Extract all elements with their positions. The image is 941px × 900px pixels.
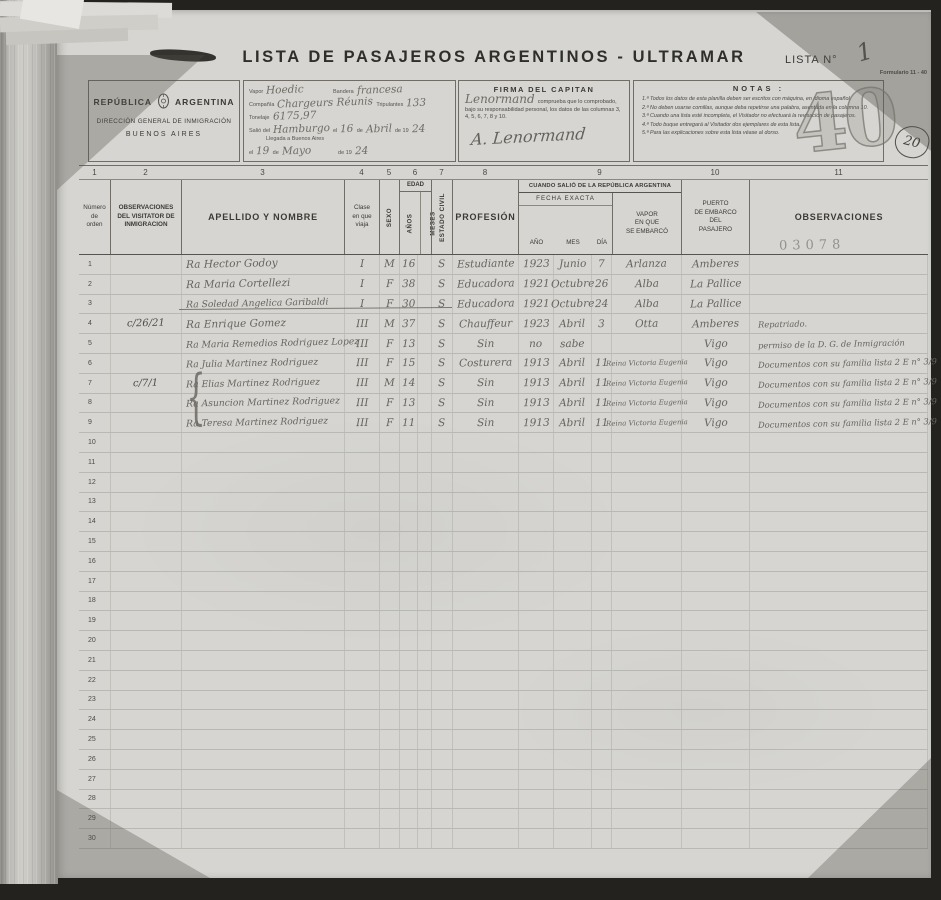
cell-vapor [611,552,681,571]
cell-edad-anios: 11 [399,413,417,432]
cell-edad-anios [399,671,417,690]
cell-anio: 1921 [518,295,553,314]
cell-mes [553,691,591,710]
cell-name: Ra Soledad Angelica Garibaldi [181,295,344,314]
cell-clase [344,512,379,531]
cell-edad-anios [399,592,417,611]
agency-direction: DIRECCIÓN GENERAL DE INMIGRACIÓN [89,118,239,125]
cell-edad-meses [417,532,431,551]
header-cuando-salio: CUANDO SALIÓ DE LA REPÚBLICA ARGENTINA F… [518,180,681,254]
cell-clase [344,473,379,492]
header-clase: Clase en que viaja [344,180,379,254]
cell-profesion [452,750,518,769]
cell-visitator-obs [110,413,181,432]
cell-anio [518,829,553,848]
cell-profesion [452,790,518,809]
cell-edad-meses [417,433,431,452]
cell-estado-civil: S [431,255,452,274]
cell-mes [553,710,591,729]
cell-clase [344,552,379,571]
cell-observaciones [749,809,928,828]
cell-profesion [452,651,518,670]
cell-edad-meses [417,473,431,492]
cell-dia [591,473,611,492]
cell-sexo [379,710,399,729]
cell-clase [344,572,379,591]
cell-visitator-obs [110,433,181,452]
cell-estado-civil: S [431,275,452,294]
llegada-mes: Mayo [282,144,312,157]
header-apellido-nombre: APELLIDO Y NOMBRE [181,180,344,254]
cell-profesion [452,512,518,531]
cell-sexo [379,809,399,828]
cell-mes: Abril [553,314,591,333]
cell-visitator-obs [110,611,181,630]
cell-edad-meses [417,750,431,769]
cell-sexo [379,651,399,670]
cell-profesion [452,453,518,472]
cell-clase [344,809,379,828]
cell-anio [518,453,553,472]
cell-dia [591,730,611,749]
cell-clase [344,433,379,452]
cell-puerto [681,631,749,650]
cell-edad-anios [399,552,417,571]
table-row: 8 Ra Asuncion Martinez Rodriguez III F 1… [79,394,928,414]
cell-observaciones: permiso de la D. G. de Inmigración [749,334,928,353]
cell-row-number: 9 [79,413,110,432]
passenger-list-sheet: LISTA DE PASAJEROS ARGENTINOS - ULTRAMAR… [57,10,931,878]
cell-sexo [379,572,399,591]
cell-profesion [452,552,518,571]
cell-puerto: Amberes [681,255,749,274]
salio-label: Salió del [249,128,270,134]
cell-vapor [611,532,681,551]
cell-vapor: Reina Victoria Eugenia [611,374,681,393]
cell-edad-meses [417,453,431,472]
cell-name [181,770,344,789]
cell-edad-meses [417,691,431,710]
cell-vapor [611,453,681,472]
col-number: 1 [79,166,110,179]
cell-visitator-obs [110,790,181,809]
cell-estado-civil [431,691,452,710]
cell-edad-meses [417,512,431,531]
cell-name [181,829,344,848]
cell-observaciones [749,651,928,670]
cell-estado-civil [431,829,452,848]
cell-puerto [681,730,749,749]
cell-profesion [452,730,518,749]
cell-puerto [681,493,749,512]
argentina-coat-of-arms-icon [157,93,170,111]
cell-dia: 7 [591,255,611,274]
cell-mes [553,829,591,848]
cell-puerto [681,433,749,452]
table-row: 2 Ra Maria Cortellezi I F 38 S Educadora… [79,275,928,295]
agency-republica: REPÚBLICA [93,97,152,107]
cell-visitator-obs [110,730,181,749]
tonelaje-label: Tonelaje [249,115,270,121]
col-number: 7 [431,166,452,179]
table-row: 24 [79,710,928,730]
cell-profesion: Educadora [452,275,518,294]
cell-vapor [611,710,681,729]
cell-edad-anios [399,532,417,551]
header-vapor-embarco: VAPOR EN QUE SE EMBARCÓ [612,193,681,254]
cell-row-number: 5 [79,334,110,353]
cell-dia [591,453,611,472]
cell-edad-meses [417,651,431,670]
cell-edad-meses [417,552,431,571]
cell-estado-civil [431,631,452,650]
cell-observaciones [749,512,928,531]
cell-name [181,552,344,571]
cell-name [181,611,344,630]
cell-mes [553,671,591,690]
cell-sexo [379,473,399,492]
cell-visitator-obs [110,572,181,591]
cell-sexo [379,790,399,809]
cell-anio [518,651,553,670]
cell-name [181,691,344,710]
cell-observaciones [749,730,928,749]
cell-estado-civil [431,809,452,828]
cell-profesion [452,710,518,729]
cell-row-number: 11 [79,453,110,472]
cell-anio: 1923 [518,314,553,333]
cell-vapor: Reina Victoria Eugenia [611,354,681,373]
cell-vapor [611,572,681,591]
cell-mes [553,651,591,670]
cell-row-number: 22 [79,671,110,690]
cell-anio [518,473,553,492]
cell-vapor [611,631,681,650]
cell-profesion: Estudiante [452,255,518,274]
cell-clase [344,671,379,690]
cell-anio [518,592,553,611]
cell-visitator-obs [110,592,181,611]
cell-edad-meses [417,334,431,353]
cell-profesion [452,809,518,828]
cell-mes: Abril [553,374,591,393]
cell-sexo [379,770,399,789]
header-edad: EDAD AÑOS MESES [399,180,431,254]
cell-sexo [379,592,399,611]
book-binding-edge [0,0,58,884]
cell-name [181,671,344,690]
cell-edad-meses [417,710,431,729]
cell-visitator-obs [110,631,181,650]
cell-mes [553,592,591,611]
cell-dia [591,592,611,611]
cell-puerto [681,552,749,571]
cell-vapor [611,809,681,828]
cell-profesion [452,532,518,551]
cell-visitator-obs [110,473,181,492]
table-row: 7 c/7/1 Ra Elias Martinez Rodriguez III … [79,374,928,394]
cell-dia [591,334,611,353]
cell-sexo [379,493,399,512]
cell-profesion [452,671,518,690]
cell-edad-meses [417,255,431,274]
cell-edad-meses [417,770,431,789]
cell-edad-anios: 13 [399,334,417,353]
cell-mes: Octubre [553,295,591,314]
vapor-label: Vapor [249,89,263,95]
cell-vapor [611,829,681,848]
cell-observaciones [749,592,928,611]
cell-name [181,809,344,828]
cell-name [181,473,344,492]
cell-vapor: Arlanza [611,255,681,274]
cell-visitator-obs [110,453,181,472]
cell-observaciones [749,255,928,274]
cell-edad-anios: 16 [399,255,417,274]
header-sexo: SEXO [379,180,399,254]
cell-anio [518,512,553,531]
cell-anio [518,631,553,650]
cell-observaciones [749,295,928,314]
cell-row-number: 4 [79,314,110,333]
cell-edad-anios [399,473,417,492]
cell-vapor [611,334,681,353]
cell-anio [518,433,553,452]
cell-observaciones [749,710,928,729]
cell-observaciones [749,552,928,571]
cell-anio [518,493,553,512]
table-row: 26 [79,750,928,770]
cell-row-number: 6 [79,354,110,373]
cell-vapor [611,611,681,630]
table-row: 28 [79,790,928,810]
cell-dia [591,651,611,670]
cell-dia [591,790,611,809]
captain-signature-box: FIRMA DEL CAPITAN Lenormandcomprueba que… [458,80,630,162]
cell-edad-anios [399,750,417,769]
cell-edad-meses [417,790,431,809]
cell-sexo [379,750,399,769]
cell-edad-meses [417,275,431,294]
table-row: 22 [79,671,928,691]
cell-name: Ra Maria Cortellezi [181,275,344,294]
cell-edad-anios [399,651,417,670]
cell-edad-anios [399,691,417,710]
cell-profesion [452,631,518,650]
cell-name [181,710,344,729]
cell-estado-civil: S [431,374,452,393]
cell-observaciones: Repatriado. [749,314,928,333]
agency-city: BUENOS AIRES [89,131,239,138]
cell-puerto [681,710,749,729]
cell-visitator-obs [110,394,181,413]
cell-sexo [379,532,399,551]
cell-visitator-obs [110,334,181,353]
cell-dia [591,552,611,571]
cell-row-number: 21 [79,651,110,670]
cell-sexo [379,433,399,452]
cell-anio: 1913 [518,354,553,373]
cell-row-number: 15 [79,532,110,551]
cell-anio [518,790,553,809]
cell-vapor: Alba [611,295,681,314]
cell-clase [344,730,379,749]
tonelaje-value: 6175,97 [272,109,316,123]
cell-estado-civil [431,592,452,611]
cell-estado-civil [431,651,452,670]
cell-mes [553,572,591,591]
cell-mes [553,473,591,492]
cell-visitator-obs [110,829,181,848]
cell-anio [518,671,553,690]
cell-observaciones: Documentos con su familia lista 2 E n° 3… [749,354,928,373]
cell-name: Ra Maria Remedios Rodriguez Lopez [181,334,344,353]
cell-name [181,532,344,551]
cell-profesion: Sin [452,394,518,413]
cell-observaciones [749,750,928,769]
table-row: 21 [79,651,928,671]
cell-puerto [681,790,749,809]
cell-clase: III [344,374,379,393]
cell-mes [553,770,591,789]
cell-sexo: F [379,394,399,413]
cell-clase: III [344,413,379,432]
header-anio: AÑO [519,239,554,246]
table-row: 27 [79,770,928,790]
cell-edad-anios [399,453,417,472]
header-puerto-embarco: PUERTO DE EMBARCO DEL PASAJERO [681,180,749,254]
cell-estado-civil [431,453,452,472]
cell-mes [553,493,591,512]
cell-puerto: La Pallice [681,295,749,314]
cell-profesion: Costurera [452,354,518,373]
cell-visitator-obs [110,512,181,531]
cell-sexo [379,512,399,531]
cell-puerto [681,829,749,848]
cell-row-number: 14 [79,512,110,531]
cell-row-number: 8 [79,394,110,413]
cell-estado-civil: S [431,314,452,333]
cell-profesion [452,433,518,452]
cell-edad-anios [399,710,417,729]
cell-anio: 1921 [518,275,553,294]
cell-name: Ra Teresa Martinez Rodriguez [181,413,344,432]
table-row: 12 [79,473,928,493]
cell-vapor [611,473,681,492]
cell-observaciones: Documentos con su familia lista 2 E n° 3… [749,374,928,393]
cell-sexo [379,453,399,472]
cell-row-number: 24 [79,710,110,729]
salio-puerto: Hamburgo [273,122,330,136]
cell-profesion [452,473,518,492]
cell-name [181,453,344,472]
cell-puerto [681,770,749,789]
cell-mes [553,790,591,809]
cell-vapor [611,493,681,512]
cell-name: Ra Julia Martinez Rodriguez [181,354,344,373]
cell-vapor [611,691,681,710]
cell-profesion: Sin [452,334,518,353]
cell-edad-anios [399,730,417,749]
header-fecha-exacta: FECHA EXACTA AÑO MES DÍA [519,193,612,254]
cell-edad-anios: 13 [399,394,417,413]
cell-estado-civil [431,611,452,630]
cell-profesion: Sin [452,374,518,393]
cell-clase [344,493,379,512]
cell-estado-civil: S [431,354,452,373]
table-row: 16 [79,552,928,572]
cell-sexo: F [379,354,399,373]
cell-clase: I [344,275,379,294]
cell-visitator-obs [110,354,181,373]
cell-edad-meses [417,295,431,314]
cell-vapor: Otta [611,314,681,333]
cell-name: Ra Hector Godoy [181,255,344,274]
cell-dia: 24 [591,295,611,314]
cell-anio [518,532,553,551]
header-estado-civil: ESTADO CIVIL [431,180,452,254]
cell-clase: III [344,314,379,333]
cell-puerto: Vigo [681,334,749,353]
cell-mes [553,453,591,472]
cell-dia [591,433,611,452]
cell-edad-anios: 30 [399,295,417,314]
cell-dia [591,611,611,630]
stamp-40: 40 [789,71,900,172]
cell-vapor [611,433,681,452]
cell-mes: Abril [553,354,591,373]
llegada-label: Llegada a Buenos Aires [266,136,324,142]
cell-dia [591,809,611,828]
cell-anio: 1913 [518,394,553,413]
cell-mes [553,433,591,452]
table-row: 14 [79,512,928,532]
cell-puerto: Amberes [681,314,749,333]
cell-visitator-obs: c/7/1 [110,374,181,393]
cell-clase [344,651,379,670]
cell-clase [344,592,379,611]
cell-puerto: Vigo [681,354,749,373]
cell-estado-civil: S [431,334,452,353]
cell-edad-anios [399,572,417,591]
ship-info-box: Vapor Hoedic Bandera francesa Compañía C… [243,80,456,162]
cell-profesion: Sin [452,413,518,432]
cell-estado-civil [431,790,452,809]
col-number: 6 [399,166,431,179]
cell-row-number: 19 [79,611,110,630]
cell-observaciones [749,572,928,591]
cell-puerto: La Pallice [681,275,749,294]
table-row: 20 [79,631,928,651]
tripulantes-label: Tripulantes [376,102,403,108]
cell-edad-anios: 15 [399,354,417,373]
cell-visitator-obs [110,295,181,314]
cell-edad-meses [417,572,431,591]
cell-anio: 1913 [518,374,553,393]
cell-edad-anios [399,790,417,809]
table-row: 17 [79,572,928,592]
cell-observaciones [749,453,928,472]
table-row: 19 [79,611,928,631]
cell-observaciones [749,493,928,512]
cell-puerto [681,809,749,828]
cell-vapor: Reina Victoria Eugenia [611,413,681,432]
cell-row-number: 1 [79,255,110,274]
cell-edad-anios: 38 [399,275,417,294]
cell-observaciones [749,790,928,809]
cell-profesion [452,611,518,630]
cell-observaciones [749,433,928,452]
